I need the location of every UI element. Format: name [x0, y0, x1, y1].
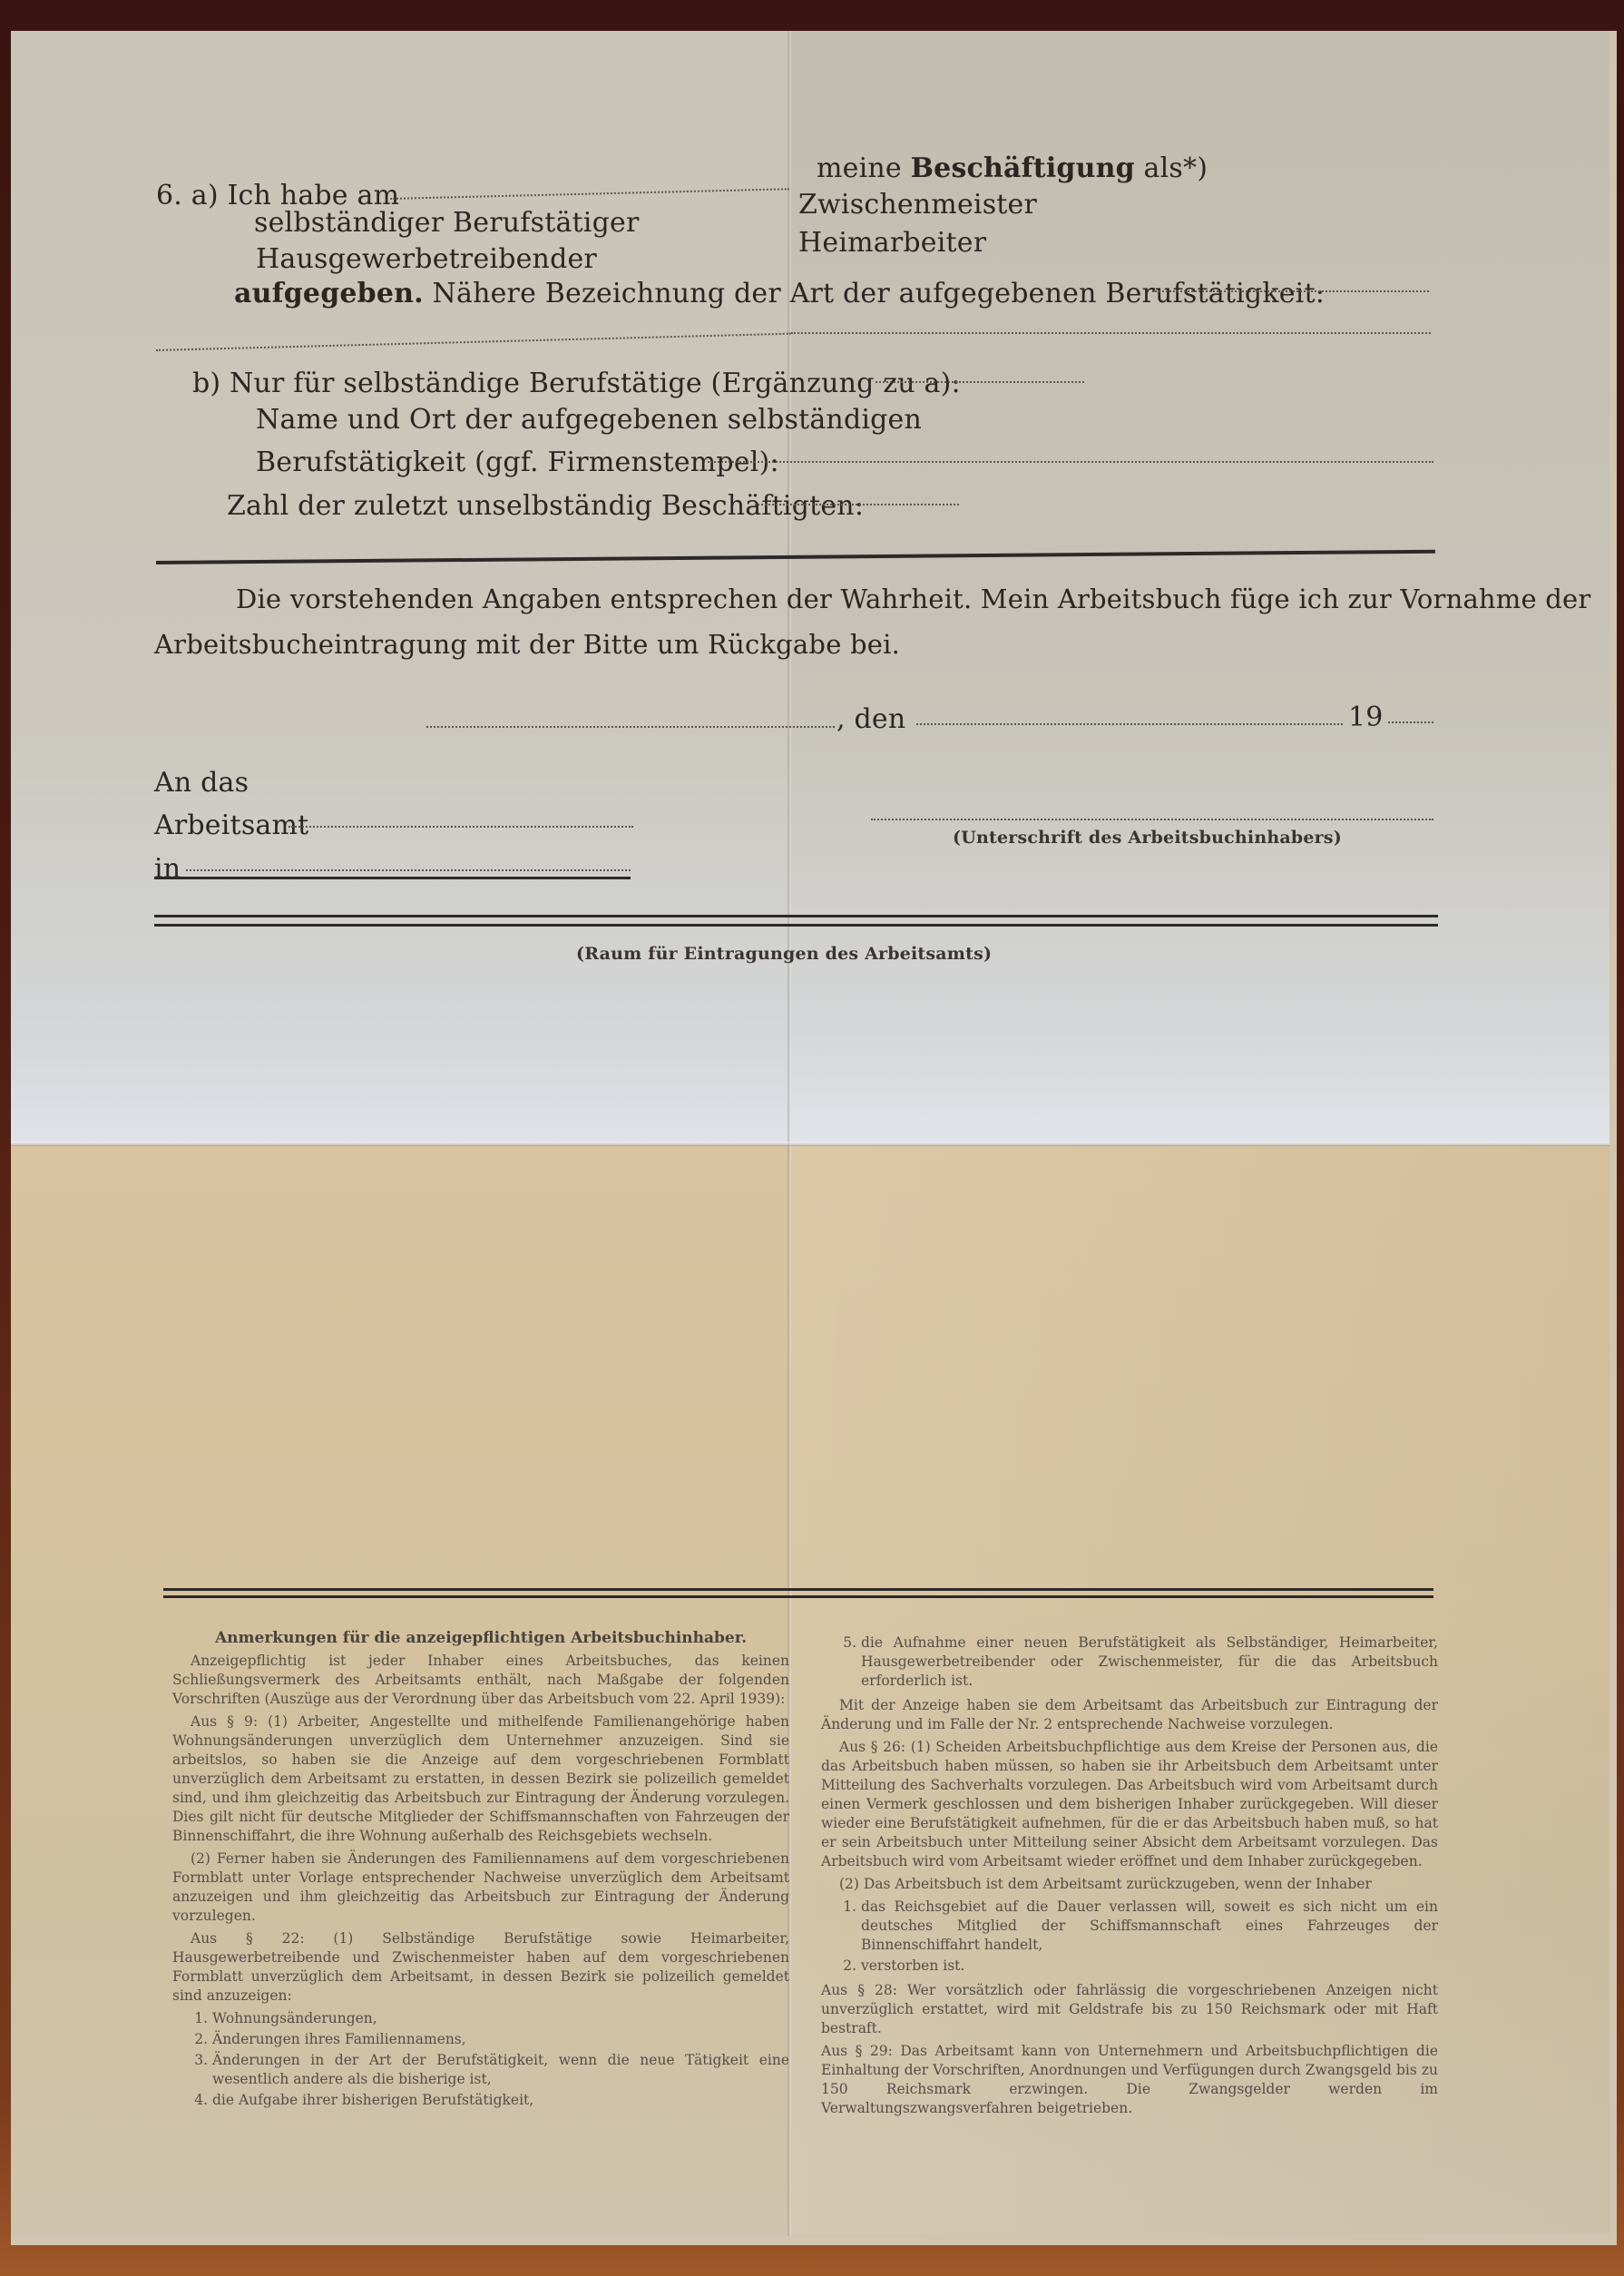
notes-par9-1: Aus § 9: (1) Arbeiter, Angestellte und m… [172, 1712, 789, 1846]
option-zwischenmeister[interactable]: Zwischenmeister [798, 189, 1037, 221]
firm-stamp-label: Berufstätigkeit (ggf. Firmenstempel): [256, 446, 779, 478]
employees-field[interactable] [755, 504, 959, 505]
activity-field-continued-right[interactable] [791, 332, 1431, 334]
notes-par22-item: die Aufgabe ihrer bisherigen Berufstätig… [212, 2091, 789, 2110]
double-rule-top [154, 915, 1438, 917]
notes-par29: Aus § 29: Das Arbeitsamt kann von Untern… [821, 2042, 1438, 2118]
notes-par22-1: Aus § 22: (1) Selbständige Berufstätige … [172, 1929, 789, 2006]
year-field[interactable] [1388, 721, 1433, 723]
name-place-field[interactable] [708, 461, 1433, 463]
name-place-label: Name und Ort der aufgegebenen selbständi… [256, 404, 922, 436]
employees-label: Zahl der zuletzt unselbständig Beschäfti… [227, 490, 864, 522]
notes-par22-item: Wohnungsänderungen, [212, 2009, 789, 2028]
supplement-field[interactable] [876, 381, 1084, 383]
address-underline [154, 877, 631, 879]
declaration-line-2: Arbeitsbucheintragung mit der Bitte um R… [154, 629, 900, 660]
notes-par9-2: (2) Ferner haben sie Änderungen des Fami… [172, 1849, 789, 1926]
notes-par26-2: (2) Das Arbeitsbuch ist dem Arbeitsamt z… [821, 1875, 1438, 1894]
notes-par22-after: Mit der Anzeige haben sie dem Arbeitsamt… [821, 1696, 1438, 1734]
year-prefix: 19 [1348, 701, 1384, 733]
double-rule-bottom [154, 924, 1438, 927]
activity-field[interactable] [1152, 290, 1429, 292]
in-label: in [154, 853, 181, 885]
activity-prompt: aufgegeben. Nähere Bezeichnung der Art d… [234, 278, 1325, 309]
option-heimarbeiter[interactable]: Heimarbeiter [798, 227, 986, 259]
notes-par22-item: die Aufnahme einer neuen Berufstätigkeit… [861, 1633, 1438, 1691]
signature-caption: (Unterschrift des Arbeitsbuchinhabers) [953, 828, 1342, 848]
notes-left-column: Anmerkungen für die anzeigepflichtigen A… [172, 1629, 789, 2115]
notes-par22-item: Änderungen in der Art der Berufstätigkei… [212, 2051, 789, 2089]
in-field[interactable] [186, 869, 631, 871]
option-hausgewerbetreibender[interactable]: Hausgewerbetreibender [256, 243, 597, 275]
notes-title: Anmerkungen für die anzeigepflichtigen A… [172, 1629, 789, 1648]
office-field[interactable] [289, 826, 633, 828]
notes-par26-1: Aus § 26: (1) Scheiden Arbeitsbuchpflich… [821, 1738, 1438, 1871]
notes-par26-item: das Reichsgebiet auf die Dauer verlassen… [861, 1898, 1438, 1955]
notes-rule-bottom [163, 1595, 1433, 1598]
notes-right-column: die Aufnahme einer neuen Berufstätigkeit… [821, 1633, 1438, 2122]
office-space-caption: (Raum für Eintragungen des Arbeitsamts) [576, 944, 992, 964]
employment-as-label: meine Beschäftigung als*) [817, 152, 1208, 184]
section-6b-label: b) Nur für selbständige Berufstätige (Er… [192, 368, 961, 399]
notes-par28: Aus § 28: Wer vorsätzlich oder fahrlässi… [821, 1981, 1438, 2038]
signature-field[interactable] [871, 819, 1433, 820]
notes-rule-top [163, 1588, 1433, 1591]
notes-par26-item: verstorben ist. [861, 1957, 1438, 1976]
date-day-month-field[interactable] [916, 723, 1343, 725]
declaration-line-1: Die vorstehenden Angaben entsprechen der… [236, 584, 1590, 614]
den-label: , den [836, 703, 905, 735]
horizontal-fold-crease [11, 1142, 1609, 1146]
address-line-an-das: An das [154, 767, 249, 799]
notes-intro: Anzeigepflichtig ist jeder Inhaber eines… [172, 1652, 789, 1709]
office-label: Arbeitsamt [154, 809, 308, 841]
notes-par22-item: Änderungen ihres Familiennamens, [212, 2030, 789, 2049]
place-field[interactable] [426, 726, 835, 728]
option-selbstaendiger[interactable]: selbständiger Berufstätiger [254, 207, 640, 239]
